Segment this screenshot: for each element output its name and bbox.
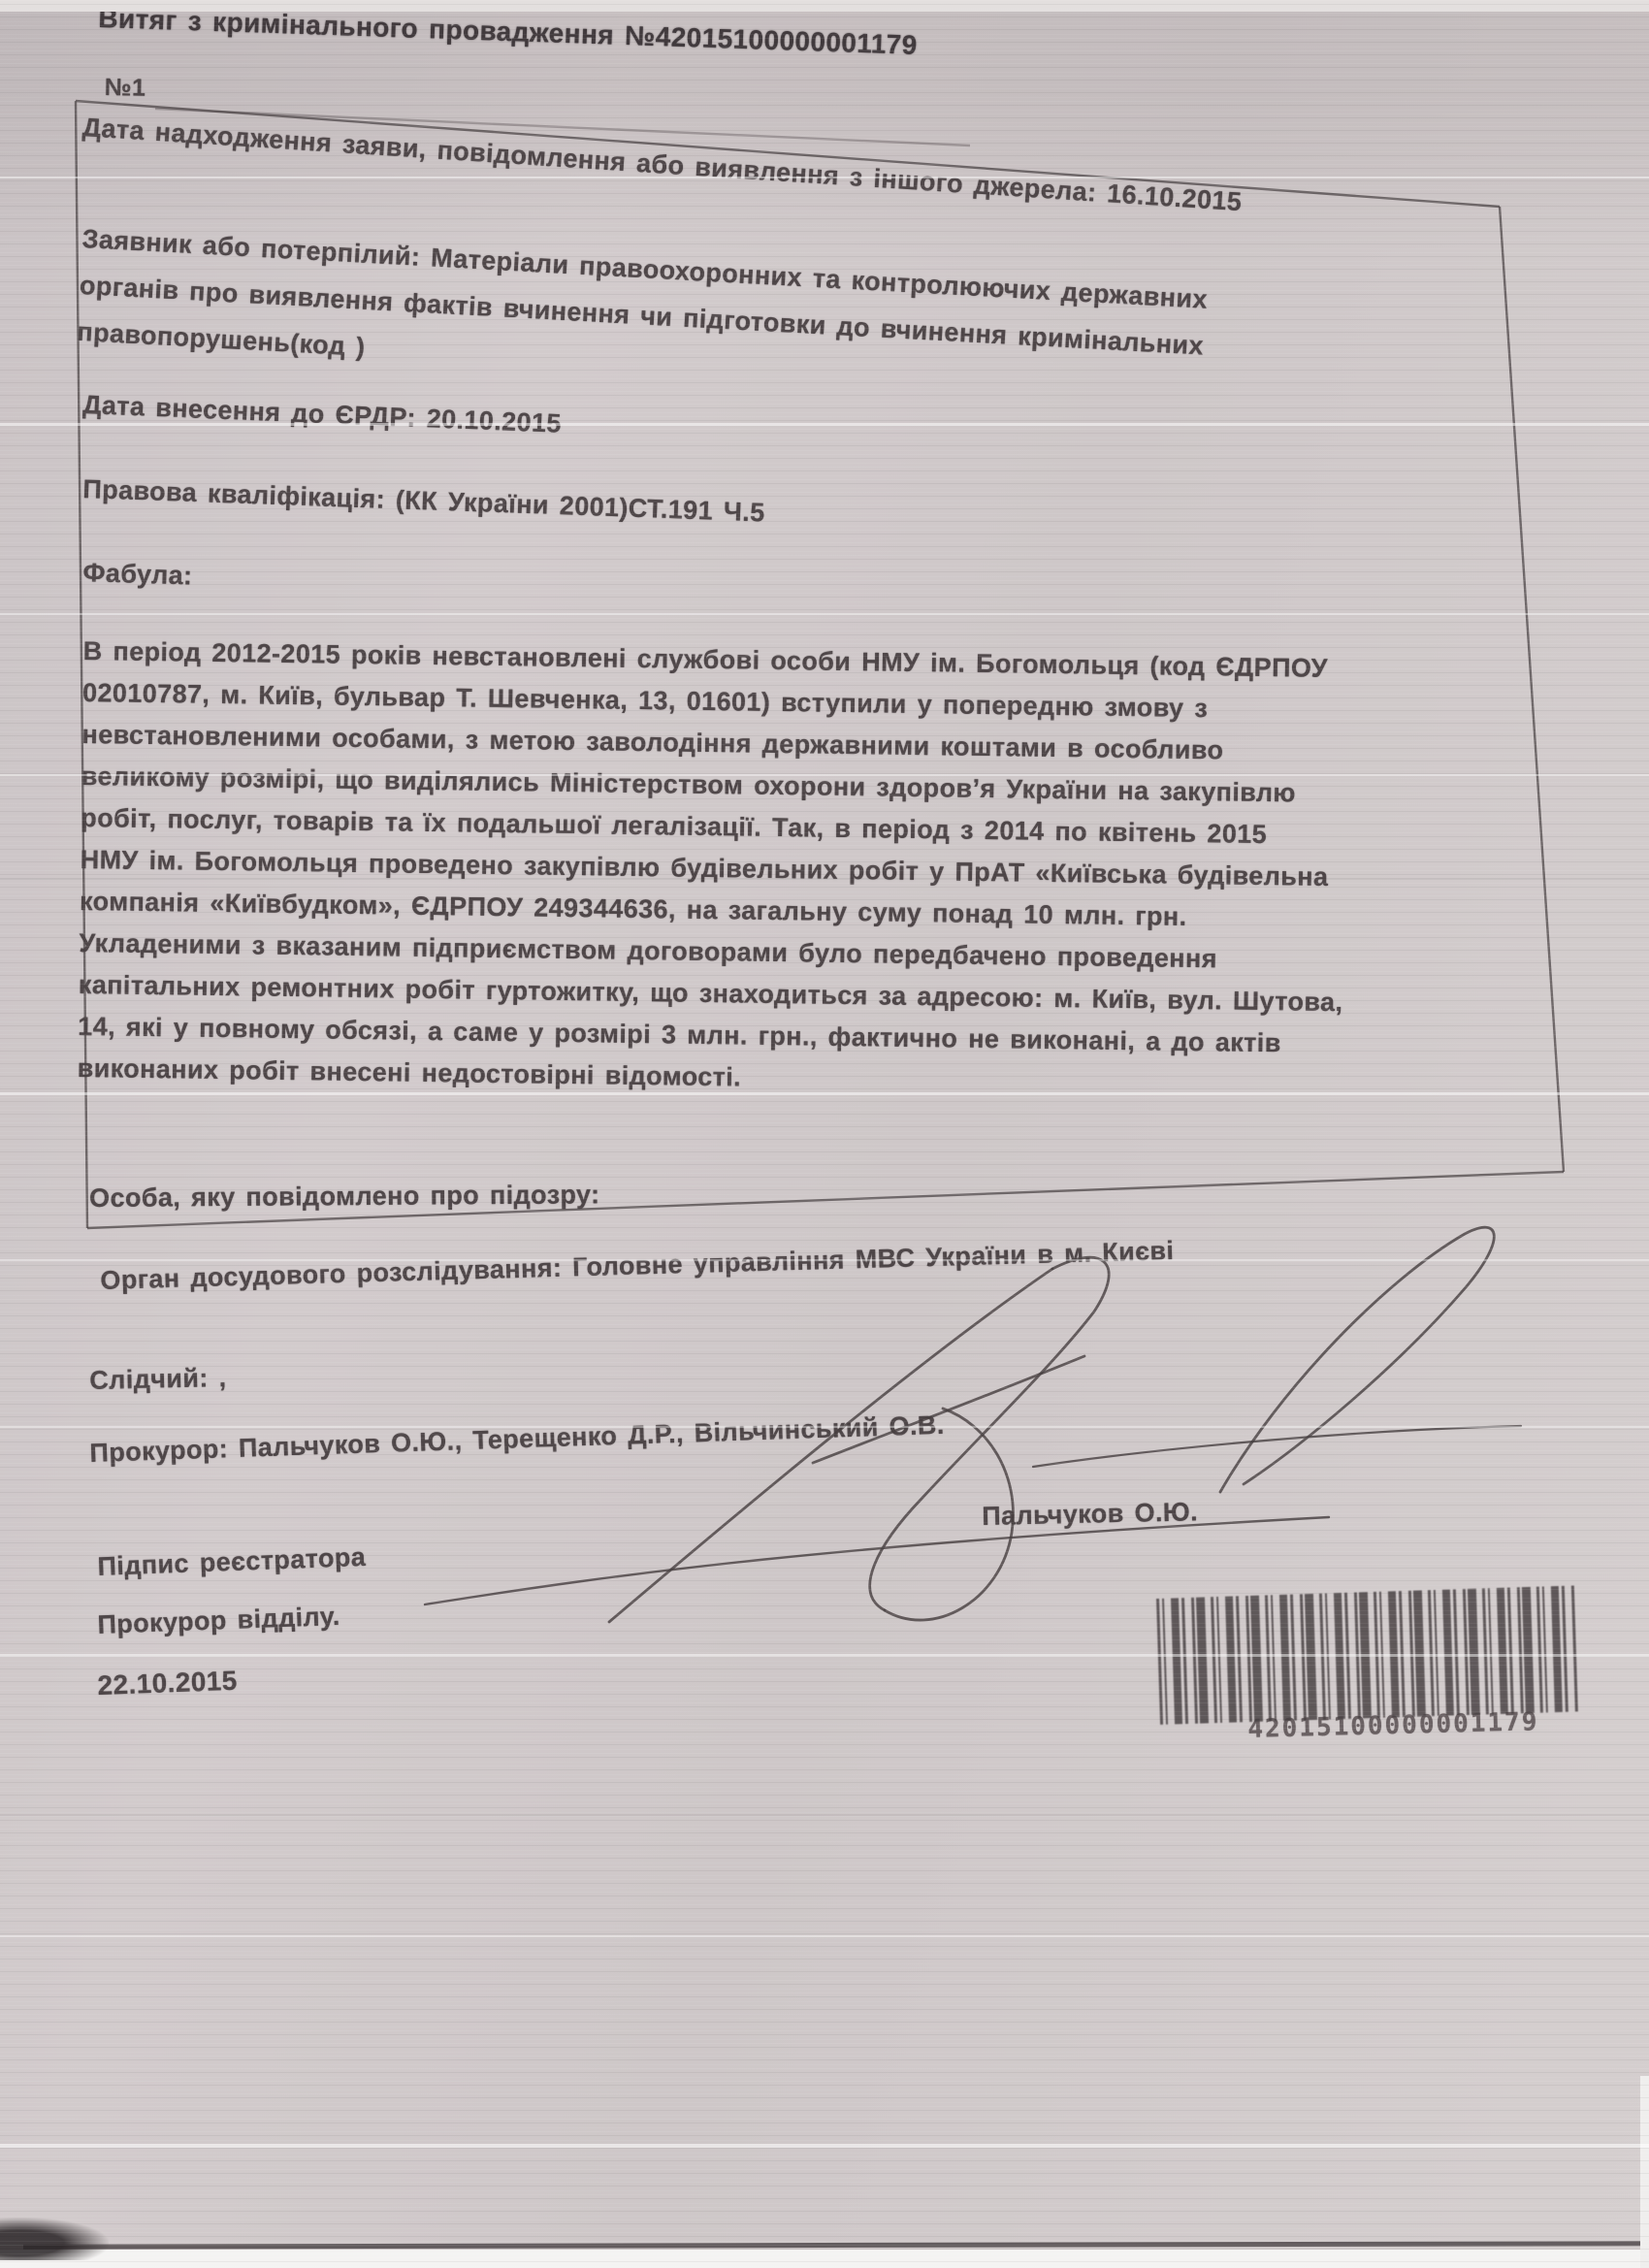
scan-streak	[0, 1814, 1649, 1816]
scan-streak	[0, 613, 1649, 615]
form-number: №1	[104, 74, 145, 103]
registration-date: 22.10.2015	[97, 1666, 238, 1701]
field-investigator: Слідчий: ,	[89, 1363, 227, 1396]
fabula-paragraph: В період 2012-2015 років невстановлені с…	[77, 631, 1347, 1107]
registrar-signature-label: Підпис реєстратора	[97, 1542, 367, 1582]
field-legal-qualification: Правова кваліфікація: (КК України 2001)С…	[82, 474, 765, 529]
signatory-name: Пальчуков О.Ю.	[982, 1497, 1198, 1532]
scanned-document-page: Витяг з кримінального провадження №42015…	[0, 0, 1649, 2268]
paper-bottom-edge	[23, 2241, 1641, 2249]
barcode	[1156, 1585, 1579, 1725]
department-prosecutor-label: Прокурор відділу.	[97, 1602, 340, 1640]
scan-streak	[0, 1935, 1649, 1937]
scan-corner-smudge	[0, 2218, 109, 2260]
suspect-notice-label: Особа, яку повідомлено про підозру:	[89, 1180, 600, 1214]
field-investigation-body: Орган досудового розслідування: Головне …	[100, 1236, 1175, 1296]
field-applicant: Заявник або потерпілий: Матеріали правоо…	[76, 215, 1209, 416]
registrar-signature-line	[425, 1517, 1329, 1604]
field-prosecutor: Прокурор: Пальчуков О.Ю., Терещенко Д.Р.…	[89, 1410, 945, 1469]
field-date-received: Дата надходження заяви, повідомлення або…	[81, 113, 1243, 217]
scan-top-edge	[0, 0, 1649, 12]
scanner-background-bottom	[0, 2250, 1649, 2268]
scanner-background-right	[1640, 2076, 1649, 2268]
fabula-label: Фабула:	[82, 558, 193, 592]
field-erdr-date: Дата внесення до ЄРДР: 20.10.2015	[82, 390, 563, 439]
scan-streak	[0, 2144, 1649, 2148]
